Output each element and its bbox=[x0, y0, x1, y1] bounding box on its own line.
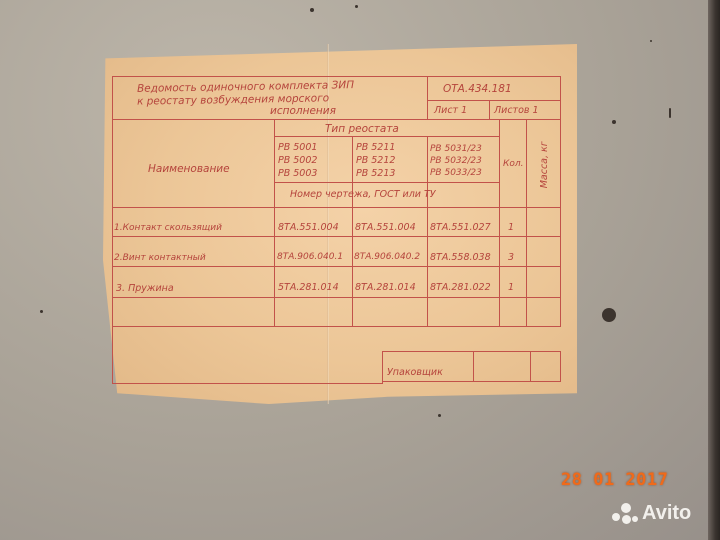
rheostat-type: РВ 5212 bbox=[356, 156, 395, 166]
avito-wordmark: Avito bbox=[642, 502, 691, 525]
avito-logo-icon bbox=[612, 503, 638, 525]
column-group-rheostat-type: Тип реостата bbox=[325, 124, 399, 135]
avito-watermark: Avito bbox=[612, 502, 691, 525]
row-qty: 3 bbox=[508, 253, 514, 263]
row-code: 8ТА.551.004 bbox=[278, 223, 339, 233]
rheostat-type: РВ 5032/23 bbox=[430, 157, 482, 166]
rheostat-type: РВ 5033/23 bbox=[430, 169, 482, 178]
rheostat-type: РВ 5001 bbox=[278, 143, 317, 153]
row-code: 8ТА.551.004 bbox=[355, 223, 416, 233]
row-qty: 1 bbox=[508, 283, 514, 293]
row-code: 8ТА.281.022 bbox=[430, 283, 491, 293]
row-qty: 1 bbox=[508, 223, 514, 233]
row-code: 8ТА.558.038 bbox=[430, 253, 491, 263]
column-header-mass: Масса, кг bbox=[540, 141, 550, 188]
column-header-qty: Кол. bbox=[503, 160, 524, 169]
row-code: 8ТА.906.040.2 bbox=[354, 253, 420, 262]
packer-label: Упаковщик bbox=[387, 368, 443, 378]
row-name: 1.Контакт скользящий bbox=[114, 224, 222, 233]
column-group-drawing-number: Номер чертежа, ГОСТ или ТУ bbox=[290, 190, 436, 200]
sheet-number: Лист 1 bbox=[434, 106, 467, 116]
rheostat-type: РВ 5003 bbox=[278, 169, 317, 179]
designation-code: ОТА.434.181 bbox=[443, 84, 512, 95]
dark-frame-edge bbox=[708, 0, 720, 540]
row-name: 3. Пружина bbox=[116, 284, 174, 294]
rheostat-type: РВ 5211 bbox=[356, 143, 395, 153]
title-line-3: исполнения bbox=[270, 106, 336, 117]
row-code: 5ТА.281.014 bbox=[278, 283, 339, 293]
row-code: 8ТА.281.014 bbox=[355, 283, 416, 293]
row-code: 8ТА.906.040.1 bbox=[277, 253, 343, 262]
photo-date-stamp: 28 01 2017 bbox=[561, 470, 668, 490]
row-name: 2.Винт контактный bbox=[114, 254, 206, 263]
rheostat-type: РВ 5031/23 bbox=[430, 145, 482, 154]
column-header-name: Наименование bbox=[148, 164, 230, 175]
sheets-total: Листов 1 bbox=[494, 106, 539, 116]
row-code: 8ТА.551.027 bbox=[430, 223, 491, 233]
rheostat-type: РВ 5002 bbox=[278, 156, 317, 166]
rheostat-type: РВ 5213 bbox=[356, 169, 395, 179]
